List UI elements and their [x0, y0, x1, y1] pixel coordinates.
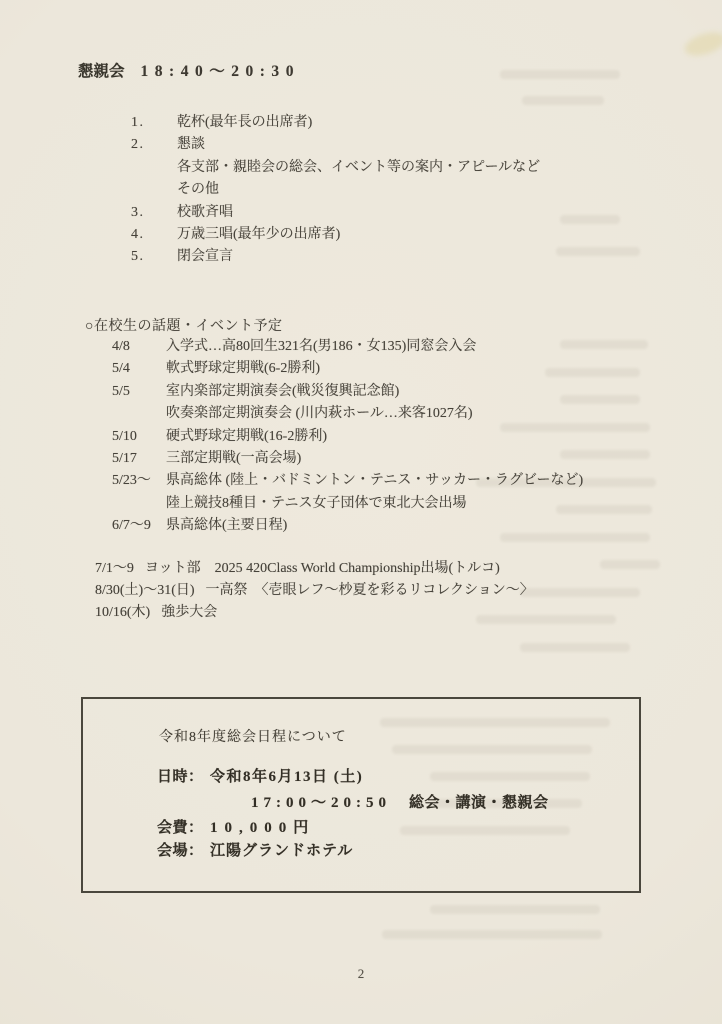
fee-value: 10,000円 [210, 820, 315, 836]
event-text: ヨット部 2025 420Class World Championship出場(… [145, 558, 500, 580]
notice-venue-row: 会場：江陽グランドホテル [157, 839, 353, 860]
event-text: 入学式…高80回生321名(男186・女135)同窓会入会 [166, 336, 476, 358]
event-text: 硬式野球定期戦(16-2勝利) [166, 426, 327, 448]
event-date: 6/7～9 [112, 515, 166, 537]
notice-box-title: 令和8年度総会日程について [159, 726, 347, 746]
scanned-document-page: 懇親会18:40～20:30 1. 乾杯(最年長の出席者) 2. 懇談 各支部・… [0, 0, 722, 1024]
event-date: 5/10 [112, 426, 166, 448]
event-text: 室内楽部定期演奏会(戦災復興記念館) [166, 381, 399, 403]
event-text: 軟式野球定期戦(6-2勝利) [166, 358, 320, 380]
event-text: 強歩大会 [161, 602, 217, 624]
scan-corner-mark [682, 28, 722, 60]
bleedthrough-smudge [520, 643, 630, 652]
event-date [112, 403, 166, 425]
event-row: 5/5 室内楽部定期演奏会(戦災復興記念館) [112, 381, 583, 403]
time-desc: 総会・講演・懇親会 [409, 795, 549, 811]
bleedthrough-smudge [600, 560, 660, 569]
event-row: 5/23～ 県高総体 (陸上・バドミントン・テニス・サッカー・ラグビーなど) [112, 470, 583, 492]
agenda-number: 1. [131, 112, 177, 134]
events-heading: ○在校生の話題・イベント予定 [85, 315, 282, 335]
event-text: 吹奏楽部定期演奏会 (川内萩ホール…来客1027名) [166, 403, 473, 425]
events-list: 4/8 入学式…高80回生321名(男186・女135)同窓会入会 5/4 軟式… [112, 336, 583, 625]
event-row: 10/16(木) 強歩大会 [95, 602, 583, 624]
events-late-group: 7/1～9 ヨット部 2025 420Class World Champions… [95, 558, 583, 625]
event-date: 5/17 [112, 448, 166, 470]
venue-label: 会場： [157, 839, 210, 860]
agenda-number: 2. [131, 134, 177, 201]
datetime-value: 令和8年6月13日 (土) [210, 769, 363, 785]
agenda-number: 3. [131, 202, 177, 224]
event-text: 一高祭 〈壱眼レフ～杪夏を彩るリコレクション～〉 [206, 580, 534, 602]
agenda-text: 懇談 [177, 134, 540, 156]
event-text: 三部定期戦(一高会場) [166, 448, 301, 470]
agenda-subtext: その他 [177, 179, 540, 201]
event-date [112, 493, 166, 515]
agenda-number: 4. [131, 224, 177, 246]
event-row-continuation: 吹奏楽部定期演奏会 (川内萩ホール…来客1027名) [112, 403, 583, 425]
event-text: 県高総体(主要日程) [166, 515, 287, 537]
event-row: 8/30(土)～31(日) 一高祭 〈壱眼レフ～杪夏を彩るリコレクション～〉 [95, 580, 583, 602]
agenda-number: 5. [131, 246, 177, 268]
reception-time: 18:40～20:30 [141, 63, 300, 80]
event-row: 4/8 入学式…高80回生321名(男186・女135)同窓会入会 [112, 336, 583, 358]
bleedthrough-smudge [522, 96, 604, 105]
venue-value: 江陽グランドホテル [210, 843, 353, 859]
event-row: 7/1～9 ヨット部 2025 420Class World Champions… [95, 558, 583, 580]
agenda-item-3: 3. 校歌斉唱 [131, 202, 540, 224]
agenda-item-4: 4. 万歳三唱(最年少の出席者) [131, 224, 540, 246]
reception-title-line: 懇親会18:40～20:30 [78, 59, 300, 81]
agenda-text: 校歌斉唱 [177, 202, 233, 224]
event-text: 陸上競技8種目・テニス女子団体で東北大会出場 [166, 493, 466, 515]
page-number: 2 [0, 966, 722, 982]
notice-box: 令和8年度総会日程について 日時：令和8年6月13日 (土) 17:00～20:… [81, 697, 641, 893]
event-date: 5/23～ [112, 470, 166, 492]
agenda-item-5: 5. 閉会宣言 [131, 246, 540, 268]
agenda-subtext: 各支部・親睦会の総会、イベント等の案内・アピールなど [177, 157, 540, 179]
agenda-text: 乾杯(最年長の出席者) [177, 112, 312, 134]
agenda-item-2: 2. 懇談 各支部・親睦会の総会、イベント等の案内・アピールなど その他 [131, 134, 540, 201]
time-range: 17:00～20:50 [251, 795, 391, 811]
event-date: 4/8 [112, 336, 166, 358]
bleedthrough-smudge [560, 215, 620, 224]
agenda-text: 万歳三唱(最年少の出席者) [177, 224, 340, 246]
event-date: 8/30(土)～31(日) [95, 580, 199, 602]
event-date: 5/4 [112, 358, 166, 380]
bleedthrough-smudge [500, 70, 620, 79]
bleedthrough-smudge [382, 930, 602, 939]
event-row: 5/10 硬式野球定期戦(16-2勝利) [112, 426, 583, 448]
datetime-label: 日時： [157, 765, 210, 786]
reception-title: 懇親会 [78, 63, 125, 80]
bleedthrough-smudge [430, 905, 600, 914]
bleedthrough-smudge [556, 247, 640, 256]
reception-agenda: 1. 乾杯(最年長の出席者) 2. 懇談 各支部・親睦会の総会、イベント等の案内… [131, 112, 540, 269]
event-row: 5/17 三部定期戦(一高会場) [112, 448, 583, 470]
event-row: 6/7～9 県高総体(主要日程) [112, 515, 583, 537]
event-text: 県高総体 (陸上・バドミントン・テニス・サッカー・ラグビーなど) [166, 470, 583, 492]
event-date: 7/1～9 [95, 558, 138, 580]
notice-time-row: 17:00～20:50総会・講演・懇親会 [251, 791, 549, 812]
event-date: 5/5 [112, 381, 166, 403]
event-date: 10/16(木) [95, 602, 154, 624]
notice-datetime-row: 日時：令和8年6月13日 (土) [157, 765, 363, 786]
agenda-text: 閉会宣言 [177, 246, 233, 268]
fee-label: 会費： [157, 816, 210, 837]
notice-fee-row: 会費：10,000円 [157, 816, 315, 837]
event-row-continuation: 陸上競技8種目・テニス女子団体で東北大会出場 [112, 493, 583, 515]
agenda-item-1: 1. 乾杯(最年長の出席者) [131, 112, 540, 134]
event-row: 5/4 軟式野球定期戦(6-2勝利) [112, 358, 583, 380]
